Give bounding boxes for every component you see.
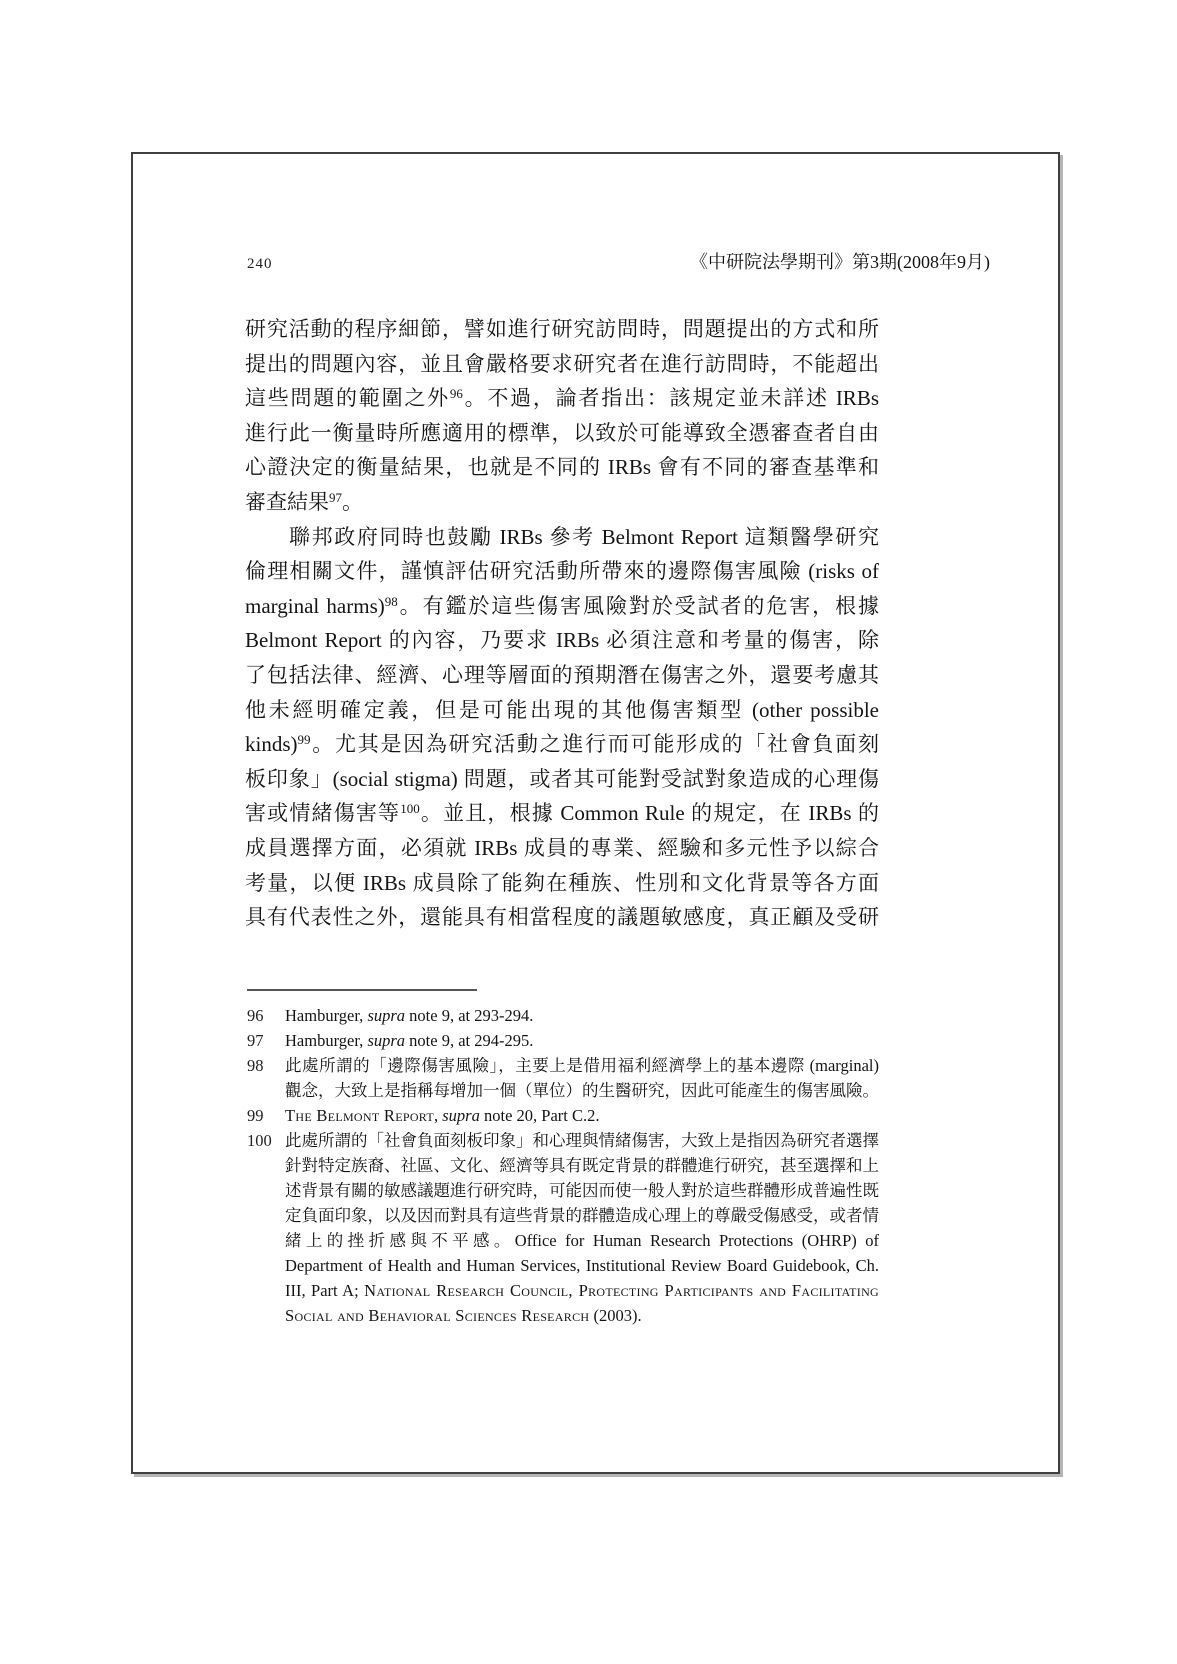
footnote-number: 97 bbox=[247, 1028, 285, 1053]
footnote-item: 98此處所謂的「邊際傷害風險」，主要上是借用福利經濟學上的基本邊際 (margi… bbox=[247, 1053, 879, 1103]
footnote-number: 100 bbox=[247, 1128, 285, 1328]
text-segment: kinds) bbox=[245, 732, 298, 756]
text-segment: 板印象」(social stigma) 問題，或者其可能對受試對象造成的心理傷 bbox=[245, 767, 879, 791]
text-segment: note 20, Part C.2. bbox=[480, 1106, 600, 1125]
body-text: 研究活動的程序細節，譬如進行研究訪問時，問題提出的方式和所提出的問題內容，並且會… bbox=[245, 312, 879, 935]
body-line: 板印象」(social stigma) 問題，或者其可能對受試對象造成的心理傷 bbox=[245, 762, 879, 797]
body-line: 成員選擇方面，必須就 IRBs 成員的專業、經驗和多元性予以綜合 bbox=[245, 831, 879, 866]
text-segment: 此處所謂的「邊際傷害風險」，主要上是借用福利經濟學上的基本邊際 (margina… bbox=[285, 1056, 879, 1100]
footnote-text: 此處所謂的「邊際傷害風險」，主要上是借用福利經濟學上的基本邊際 (margina… bbox=[285, 1053, 879, 1103]
text-segment: marginal harms) bbox=[245, 594, 385, 618]
body-line: 這些問題的範圍之外96。不過，論者指出：該規定並未詳述 IRBs bbox=[245, 381, 879, 416]
body-line: kinds)99。尤其是因為研究活動之進行而可能形成的「社會負面刻 bbox=[245, 727, 879, 762]
text-segment: supra bbox=[367, 1006, 405, 1025]
footnote-ref: 98 bbox=[385, 594, 398, 609]
text-segment: 。不過，論者指出：該規定並未詳述 IRBs bbox=[463, 386, 879, 410]
text-segment: 聯邦政府同時也鼓勵 IRBs 參考 Belmont Report 這類醫學研究 bbox=[289, 525, 879, 549]
text-segment: 研究活動的程序細節，譬如進行研究訪問時，問題提出的方式和所 bbox=[245, 317, 879, 341]
text-segment: Hamburger, bbox=[285, 1031, 367, 1050]
body-line: 進行此一衡量時所應適用的標準，以致於可能導致全憑審查者自由 bbox=[245, 416, 879, 451]
footnote-number: 96 bbox=[247, 1003, 285, 1028]
footnote-text: Hamburger, supra note 9, at 294-295. bbox=[285, 1028, 879, 1053]
text-segment: 具有代表性之外，還能具有相當程度的議題敏感度，真正顧及受研 bbox=[245, 905, 879, 929]
text-segment: 害或情緒傷害等 bbox=[245, 801, 400, 825]
text-segment: 。並且，根據 Common Rule 的規定，在 IRBs 的 bbox=[420, 801, 879, 825]
text-segment: 倫理相關文件，謹慎評估研究活動所帶來的邊際傷害風險 (risks of bbox=[245, 559, 879, 583]
body-line: Belmont Report 的內容，乃要求 IRBs 必須注意和考量的傷害，除 bbox=[245, 623, 879, 658]
body-line: 害或情緒傷害等100。並且，根據 Common Rule 的規定，在 IRBs … bbox=[245, 796, 879, 831]
text-segment: 成員選擇方面，必須就 IRBs 成員的專業、經驗和多元性予以綜合 bbox=[245, 836, 879, 860]
body-line: 審查結果97。 bbox=[245, 485, 879, 520]
text-segment: Hamburger, bbox=[285, 1006, 367, 1025]
text-segment: 。 bbox=[342, 490, 363, 514]
footnote-text: The Belmont Report, supra note 20, Part … bbox=[285, 1103, 879, 1128]
text-segment: 他未經明確定義，但是可能出現的其他傷害類型 (other possible bbox=[245, 698, 879, 722]
footnote-number: 99 bbox=[247, 1103, 285, 1128]
body-line: 提出的問題內容，並且會嚴格要求研究者在進行訪問時，不能超出 bbox=[245, 347, 879, 382]
text-segment: 此處所謂的「社會負面刻板印象」和心理與情緒傷害，大致上是指因為研究者選擇針對特定… bbox=[285, 1131, 879, 1300]
body-line: 倫理相關文件，謹慎評估研究活動所帶來的邊際傷害風險 (risks of bbox=[245, 554, 879, 589]
footnote-ref: 96 bbox=[450, 386, 463, 401]
footnote-ref: 99 bbox=[298, 732, 311, 747]
footnote-number: 98 bbox=[247, 1053, 285, 1103]
page-header: 240 《中研院法學期刊》第3期(2008年9月) bbox=[247, 248, 990, 274]
text-segment: 考量，以便 IRBs 成員除了能夠在種族、性別和文化背景等各方面 bbox=[245, 871, 879, 895]
text-segment: supra bbox=[442, 1106, 480, 1125]
footnote-item: 99The Belmont Report, supra note 20, Par… bbox=[247, 1103, 879, 1128]
footnote-item: 97Hamburger, supra note 9, at 294-295. bbox=[247, 1028, 879, 1053]
text-segment: National Research Council, Protecting Pa… bbox=[285, 1281, 879, 1325]
footnote-separator bbox=[247, 989, 477, 991]
text-segment: 進行此一衡量時所應適用的標準，以致於可能導致全憑審查者自由 bbox=[245, 421, 879, 445]
text-segment: 。尤其是因為研究活動之進行而可能形成的「社會負面刻 bbox=[311, 732, 880, 756]
text-segment: 提出的問題內容，並且會嚴格要求研究者在進行訪問時，不能超出 bbox=[245, 352, 879, 376]
footnote-item: 96Hamburger, supra note 9, at 293-294. bbox=[247, 1003, 879, 1028]
text-segment: 心證決定的衡量結果，也就是不同的 IRBs 會有不同的審查基準和 bbox=[245, 455, 879, 479]
footnote-item: 100此處所謂的「社會負面刻板印象」和心理與情緒傷害，大致上是指因為研究者選擇針… bbox=[247, 1128, 879, 1328]
footnote-ref: 100 bbox=[400, 801, 420, 816]
text-segment: 。有鑑於這些傷害風險對於受試者的危害，根據 bbox=[398, 594, 879, 618]
text-segment: The Belmont Report bbox=[285, 1106, 434, 1125]
body-line: 聯邦政府同時也鼓勵 IRBs 參考 Belmont Report 這類醫學研究 bbox=[245, 520, 879, 555]
page-frame: 240 《中研院法學期刊》第3期(2008年9月) 研究活動的程序細節，譬如進行… bbox=[131, 152, 1060, 1474]
footnotes: 96Hamburger, supra note 9, at 293-294.97… bbox=[247, 1003, 879, 1328]
body-line: 他未經明確定義，但是可能出現的其他傷害類型 (other possible bbox=[245, 693, 879, 728]
body-line: marginal harms)98。有鑑於這些傷害風險對於受試者的危害，根據 bbox=[245, 589, 879, 624]
body-line: 研究活動的程序細節，譬如進行研究訪問時，問題提出的方式和所 bbox=[245, 312, 879, 347]
body-line: 心證決定的衡量結果，也就是不同的 IRBs 會有不同的審查基準和 bbox=[245, 450, 879, 485]
footnote-text: 此處所謂的「社會負面刻板印象」和心理與情緒傷害，大致上是指因為研究者選擇針對特定… bbox=[285, 1128, 879, 1328]
text-segment: 審查結果 bbox=[245, 490, 329, 514]
body-line: 考量，以便 IRBs 成員除了能夠在種族、性別和文化背景等各方面 bbox=[245, 866, 879, 901]
page-number: 240 bbox=[247, 256, 273, 273]
body-line: 了包括法律、經濟、心理等層面的預期潛在傷害之外，還要考慮其 bbox=[245, 658, 879, 693]
text-segment: supra bbox=[367, 1031, 405, 1050]
text-segment: (2003). bbox=[589, 1306, 641, 1325]
journal-title: 《中研院法學期刊》第3期(2008年9月) bbox=[690, 248, 990, 274]
text-segment: Belmont Report 的內容，乃要求 IRBs 必須注意和考量的傷害，除 bbox=[245, 628, 879, 652]
body-line: 具有代表性之外，還能具有相當程度的議題敏感度，真正顧及受研 bbox=[245, 900, 879, 935]
text-segment: 了包括法律、經濟、心理等層面的預期潛在傷害之外，還要考慮其 bbox=[245, 663, 879, 687]
text-segment: note 9, at 293-294. bbox=[405, 1006, 533, 1025]
text-segment: 這些問題的範圍之外 bbox=[245, 386, 450, 410]
footnote-text: Hamburger, supra note 9, at 293-294. bbox=[285, 1003, 879, 1028]
footnote-ref: 97 bbox=[329, 490, 342, 505]
text-segment: note 9, at 294-295. bbox=[405, 1031, 533, 1050]
